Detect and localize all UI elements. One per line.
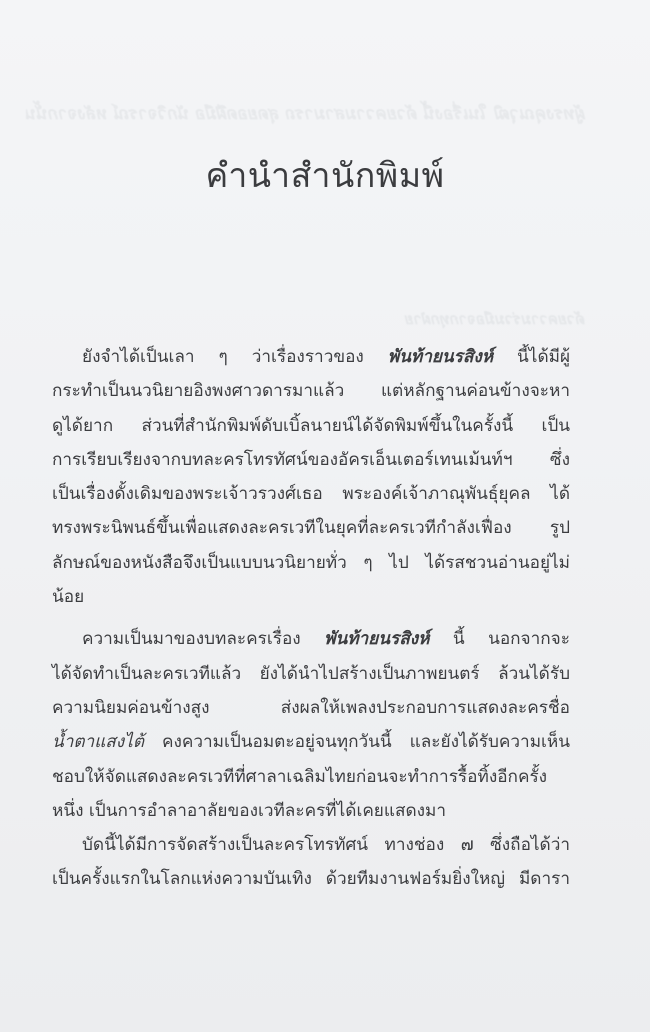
foreword-body: ยังจำได้เป็นเลา ๆ ว่าเรื่องราวของ พันท้า… bbox=[52, 340, 570, 897]
paragraph-3: บัดนี้ได้มีการจัดสร้างเป็นละครโทรทัศน์ ท… bbox=[52, 828, 570, 897]
song-title-emphasis: น้ำตาแสงไต้ bbox=[52, 732, 144, 752]
book-page: ผู้ทรงคุณวุฒิ ในเรื่องนี้ ด้วยความสามารถ… bbox=[0, 0, 650, 1032]
reverse-side-bleed-through: ผู้ทรงคุณวุฒิ ในเรื่องนี้ ด้วยความสามารถ… bbox=[26, 100, 586, 128]
text-line: กระทำเป็นนวนิยายอิงพงศาวดารมาแล้ว แต่หลั… bbox=[52, 374, 570, 408]
paragraph-1: ยังจำได้เป็นเลา ๆ ว่าเรื่องราวของ พันท้า… bbox=[52, 340, 570, 614]
text-line: ยังจำได้เป็นเลา ๆ ว่าเรื่องราวของ พันท้า… bbox=[52, 340, 570, 374]
text-line: เป็นเรื่องดั้งเดิมของพระเจ้าวรวงศ์เธอ พร… bbox=[52, 477, 570, 511]
text-line: เป็นครั้งแรกในโลกแห่งความบันเทิง ด้วยทีม… bbox=[52, 862, 570, 896]
text-line: บัดนี้ได้มีการจัดสร้างเป็นละครโทรทัศน์ ท… bbox=[52, 828, 570, 862]
text-line: ความนิยมค่อนข้างสูง ส่งผลให้เพลงประกอบกา… bbox=[52, 691, 570, 725]
reverse-side-bleed-through-mid: ด้วยความร่วมมือจากทุกฝ่าย bbox=[26, 305, 586, 333]
text-line: หนึ่ง เป็นการอำลาอาลัยของเวทีละครที่ได้เ… bbox=[52, 794, 570, 828]
text-line: ลักษณ์ของหนังสือจึงเป็นแบบนวนิยายทั่ว ๆ … bbox=[52, 546, 570, 580]
text-line: ทรงพระนิพนธ์ขึ้นเพื่อแสดงละครเวทีในยุคที… bbox=[52, 511, 570, 545]
paragraph-spacer bbox=[52, 614, 570, 622]
text-line: น้อย bbox=[52, 580, 570, 614]
text-line: น้ำตาแสงไต้ คงความเป็นอมตะอยู่จนทุกวันนี… bbox=[52, 725, 570, 759]
text-line: ชอบให้จัดแสดงละครเวทีที่ศาลาเฉลิมไทยก่อน… bbox=[52, 760, 570, 794]
paragraph-2: ความเป็นมาของบทละครเรื่อง พันท้ายนรสิงห์… bbox=[52, 622, 570, 828]
text-line: ความเป็นมาของบทละครเรื่อง พันท้ายนรสิงห์… bbox=[52, 622, 570, 656]
book-title-emphasis: พันท้ายนรสิงห์ bbox=[324, 629, 429, 649]
text-line: การเรียบเรียงจากบทละครโทรทัศน์ของอัครเอ็… bbox=[52, 443, 570, 477]
text-line: ได้จัดทำเป็นละครเวทีแล้ว ยังได้นำไปสร้าง… bbox=[52, 657, 570, 691]
text-line: ดูได้ยาก ส่วนที่สำนักพิมพ์ดับเบิ้ลนายน์ไ… bbox=[52, 409, 570, 443]
book-title-emphasis: พันท้ายนรสิงห์ bbox=[388, 347, 493, 367]
page-title: คำนำสำนักพิมพ์ bbox=[0, 148, 650, 202]
